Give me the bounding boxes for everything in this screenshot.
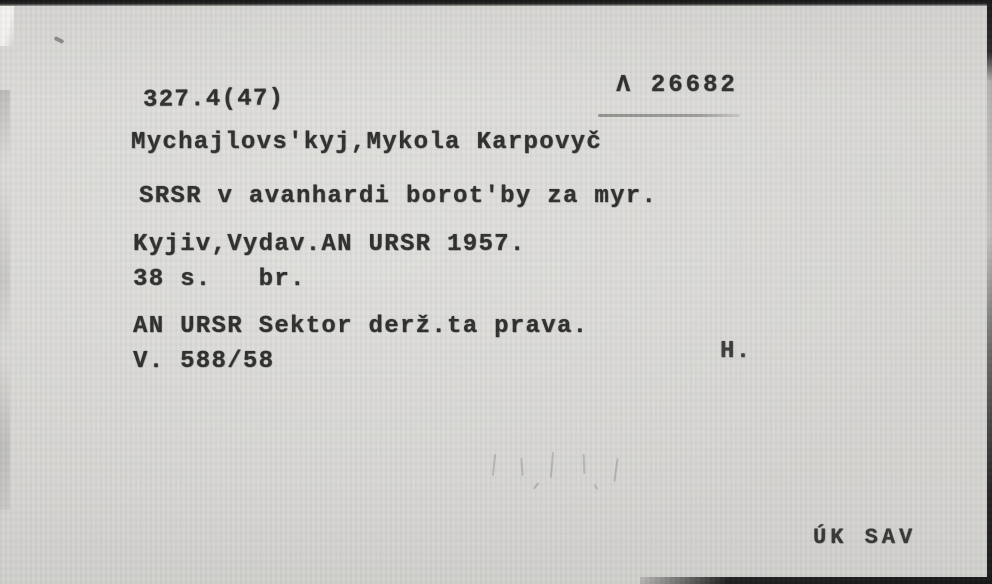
title-line: SRSR v avanhardi borot'by za myr. [139, 183, 657, 210]
hand-mark: H. [720, 338, 751, 365]
scan-edge-right [987, 0, 992, 584]
accession-underline [598, 114, 740, 117]
scan-edge-top [0, 0, 992, 6]
catalog-card: 327.4(47) Λ 26682 Mychajlovs'kyj,Mykola … [0, 0, 992, 584]
author-line: Mychajlovs'kyj,Mykola Karpovyč [131, 129, 602, 156]
card-corner-notch [0, 6, 14, 46]
accession-number: Λ 26682 [616, 72, 738, 99]
series-note-line: AN URSR Sektor derž.ta prava. [133, 313, 588, 340]
record-number: V. 588/58 [133, 348, 274, 375]
library-stamp: ÚK SAV [813, 525, 916, 550]
call-number: 327.4(47) [143, 85, 285, 113]
imprint-line: Kyjiv,Vydav.AN URSR 1957. [133, 231, 526, 258]
scan-edge-bottom [640, 577, 992, 584]
collation-line: 38 s. br. [133, 266, 306, 293]
pencil-speck [54, 36, 65, 44]
faint-stamp-marks [485, 448, 655, 503]
scan-edge-left-smudge [0, 90, 10, 510]
